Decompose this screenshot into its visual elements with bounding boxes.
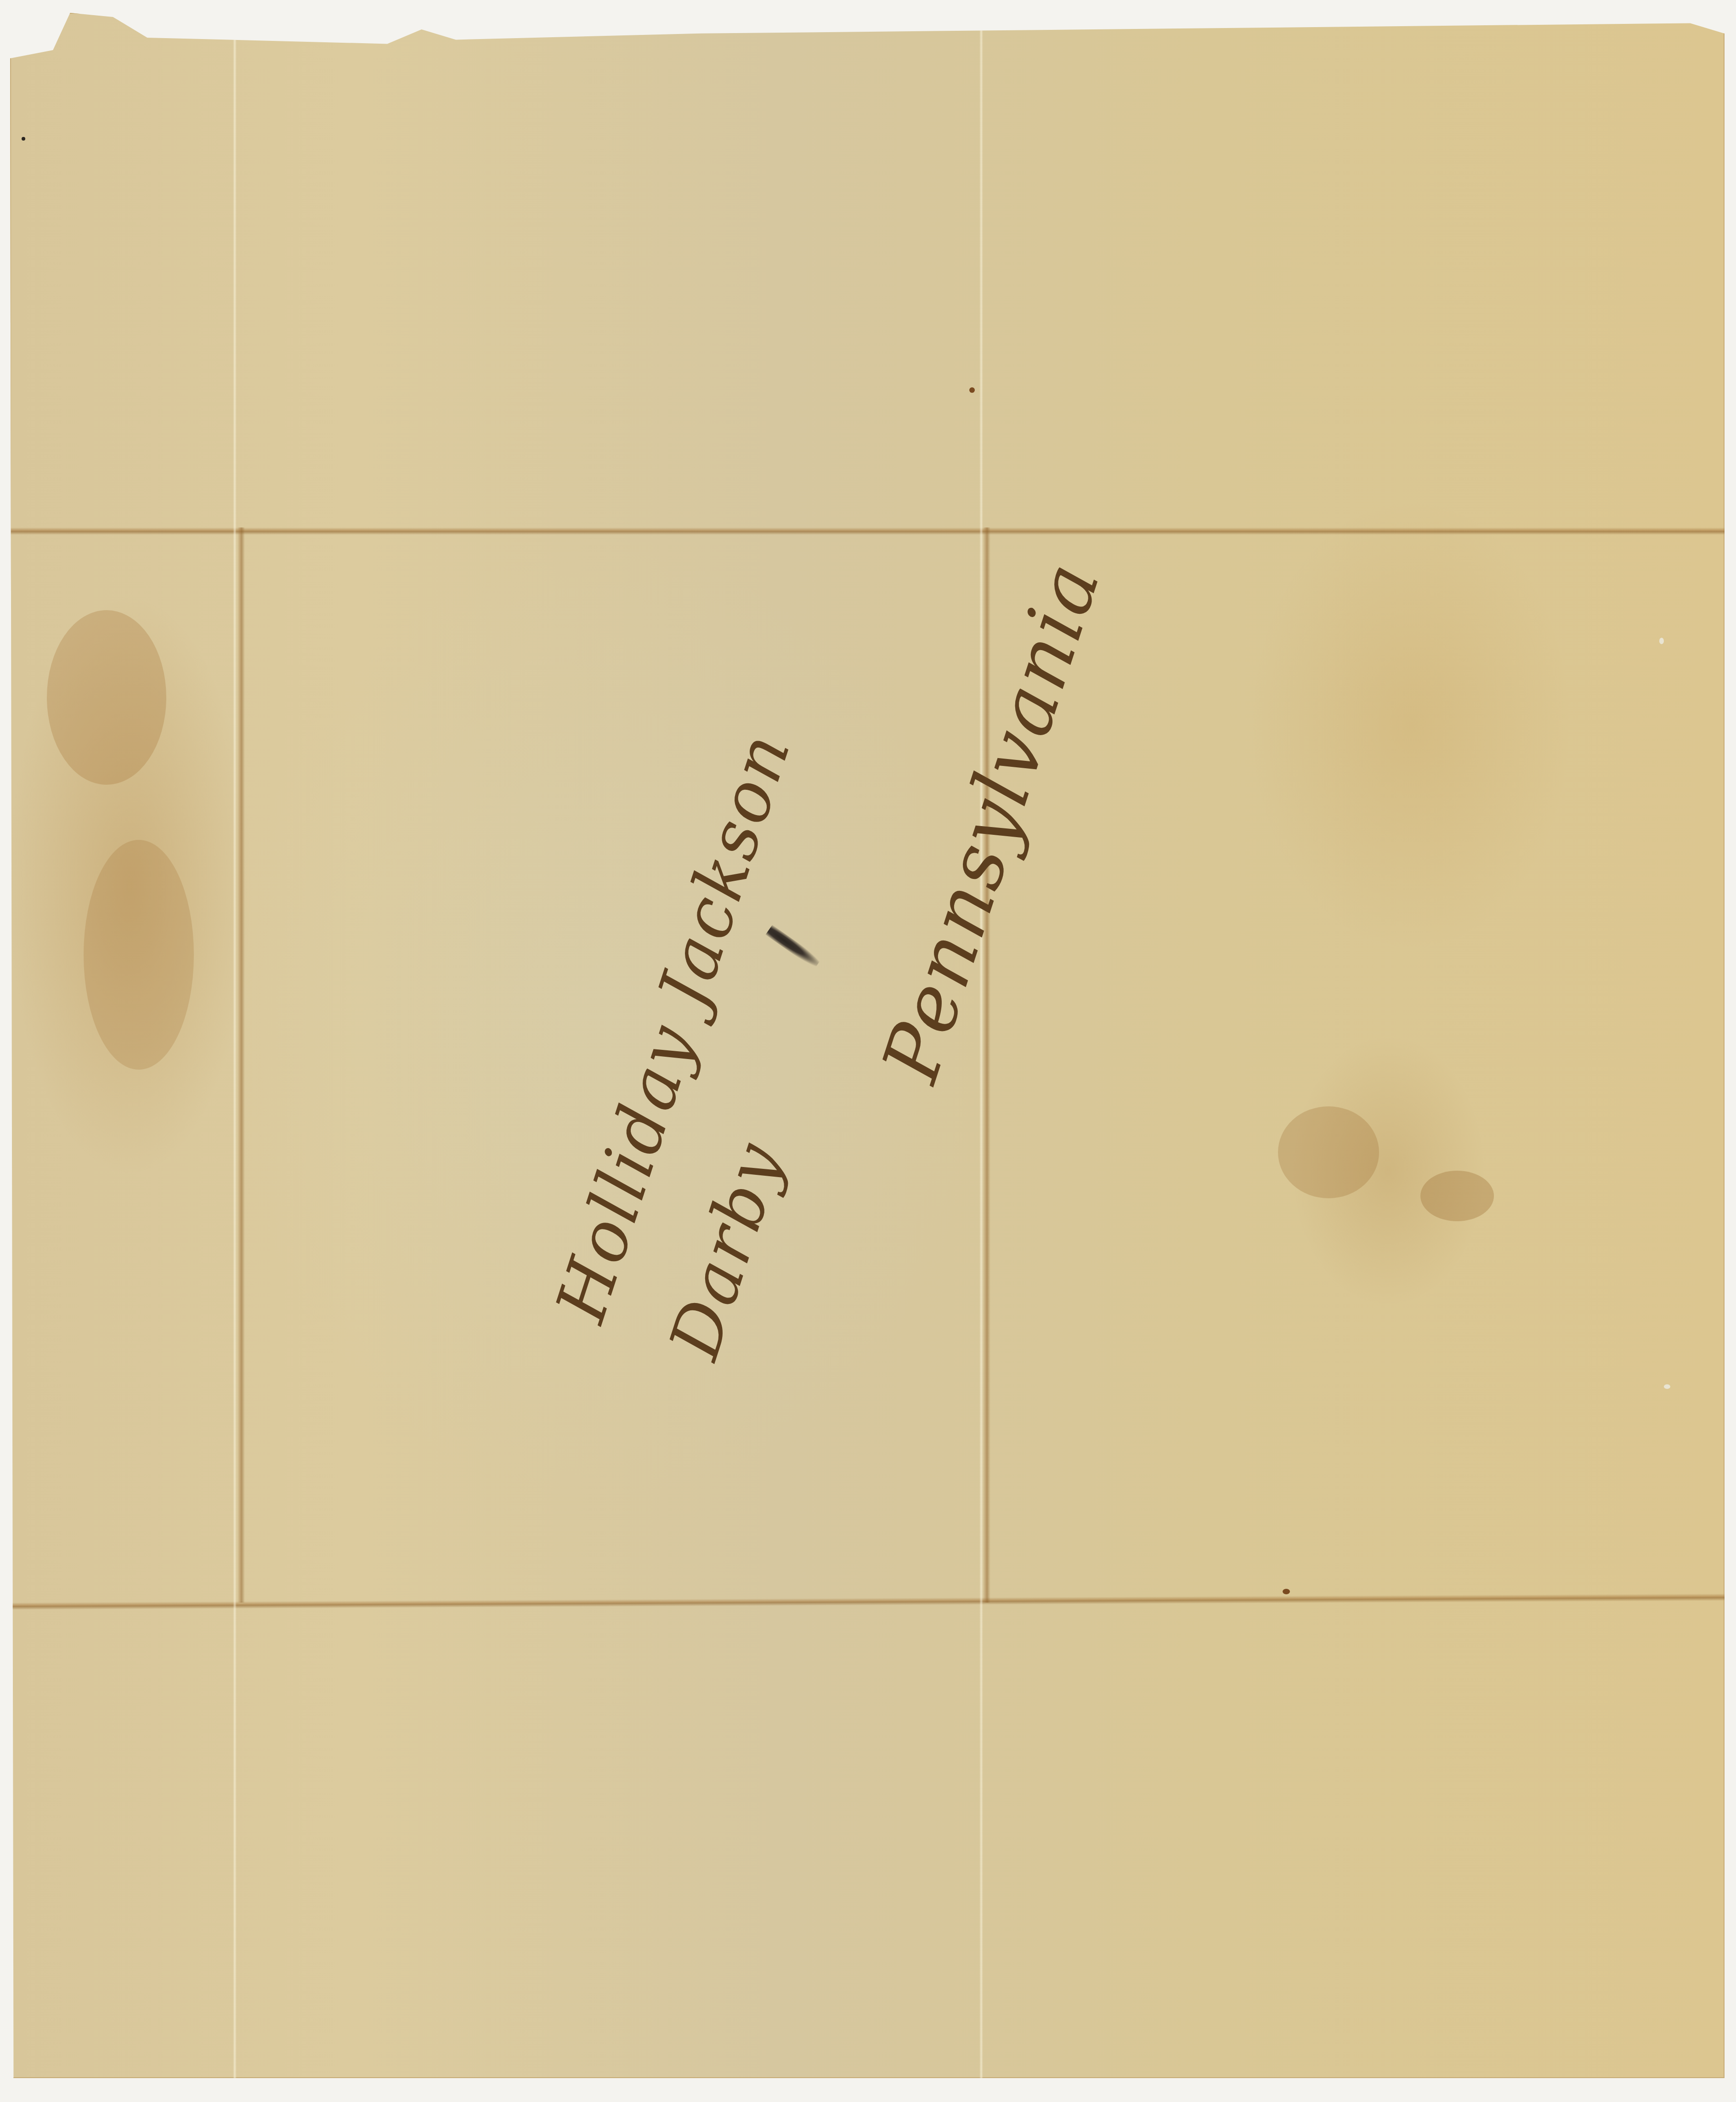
spot bbox=[1659, 638, 1664, 644]
vertical-fold-left bbox=[237, 527, 245, 1603]
stain-right-panel-2 bbox=[1420, 1171, 1494, 1221]
horizontal-fold-lower bbox=[10, 1593, 1725, 1610]
spot bbox=[22, 137, 25, 141]
spot bbox=[969, 387, 975, 393]
scan-page: Holliday Jackson Darby Pennsylvania bbox=[0, 0, 1736, 2102]
spot bbox=[1664, 1384, 1670, 1389]
spot bbox=[1283, 1589, 1290, 1594]
stain-left-panel bbox=[47, 610, 166, 785]
stain-left-panel-lower bbox=[84, 840, 194, 1070]
crease-left bbox=[233, 13, 237, 2078]
stain-right-panel bbox=[1278, 1106, 1379, 1198]
